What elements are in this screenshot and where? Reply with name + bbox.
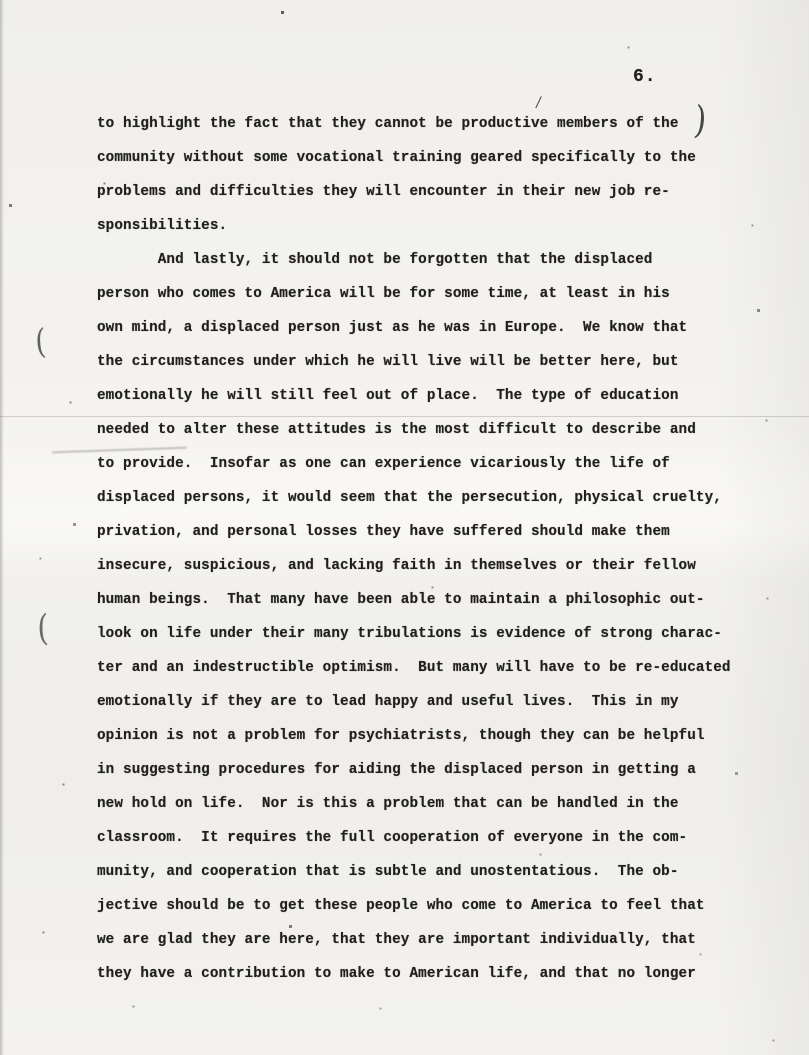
handwritten-left-paren-mark-top: ( — [34, 322, 47, 363]
typed-line: classroom. It requires the full cooperat… — [97, 821, 757, 855]
typed-line: to highlight the fact that they cannot b… — [97, 107, 757, 141]
typed-line: insecure, suspicious, and lacking faith … — [97, 549, 757, 583]
typed-line: they have a contribution to make to Amer… — [97, 957, 757, 991]
typed-line: And lastly, it should not be forgotten t… — [97, 243, 757, 277]
page-number: 6. — [633, 67, 657, 87]
typed-line: the circumstances under which he will li… — [97, 345, 757, 379]
handwritten-left-paren-mark-bottom: ( — [37, 608, 50, 649]
typed-line: sponsibilities. — [97, 209, 757, 243]
typed-line: we are glad they are here, that they are… — [97, 923, 757, 957]
typed-line: ter and an indestructible optimism. But … — [97, 651, 757, 685]
typed-line: needed to alter these attitudes is the m… — [97, 413, 757, 447]
typed-line: human beings. That many have been able t… — [97, 583, 757, 617]
typed-line: community without some vocational traini… — [97, 141, 757, 175]
typed-line: emotionally if they are to lead happy an… — [97, 685, 757, 719]
typed-line: problems and difficulties they will enco… — [97, 175, 757, 209]
typed-text-block: to highlight the fact that they cannot b… — [97, 107, 757, 991]
typed-line: in suggesting procedures for aiding the … — [97, 753, 757, 787]
typed-line: opinion is not a problem for psychiatris… — [97, 719, 757, 753]
typed-line: emotionally he will still feel out of pl… — [97, 379, 757, 413]
typed-line: person who comes to America will be for … — [97, 277, 757, 311]
scan-noise-specks — [0, 0, 1, 1]
typed-line: munity, and cooperation that is subtle a… — [97, 855, 757, 889]
scan-artifact-line — [0, 416, 809, 417]
typed-line: new hold on life. Nor is this a problem … — [97, 787, 757, 821]
typed-line: to provide. Insofar as one can experienc… — [97, 447, 757, 481]
typed-line: jective should be to get these people wh… — [97, 889, 757, 923]
document-page: 6. / ) ( ( to highlight the fact that th… — [0, 0, 809, 1055]
typed-line: privation, and personal losses they have… — [97, 515, 757, 549]
typed-line: own mind, a displaced person just as he … — [97, 311, 757, 345]
typed-line: displaced persons, it would seem that th… — [97, 481, 757, 515]
typed-line: look on life under their many tribulatio… — [97, 617, 757, 651]
